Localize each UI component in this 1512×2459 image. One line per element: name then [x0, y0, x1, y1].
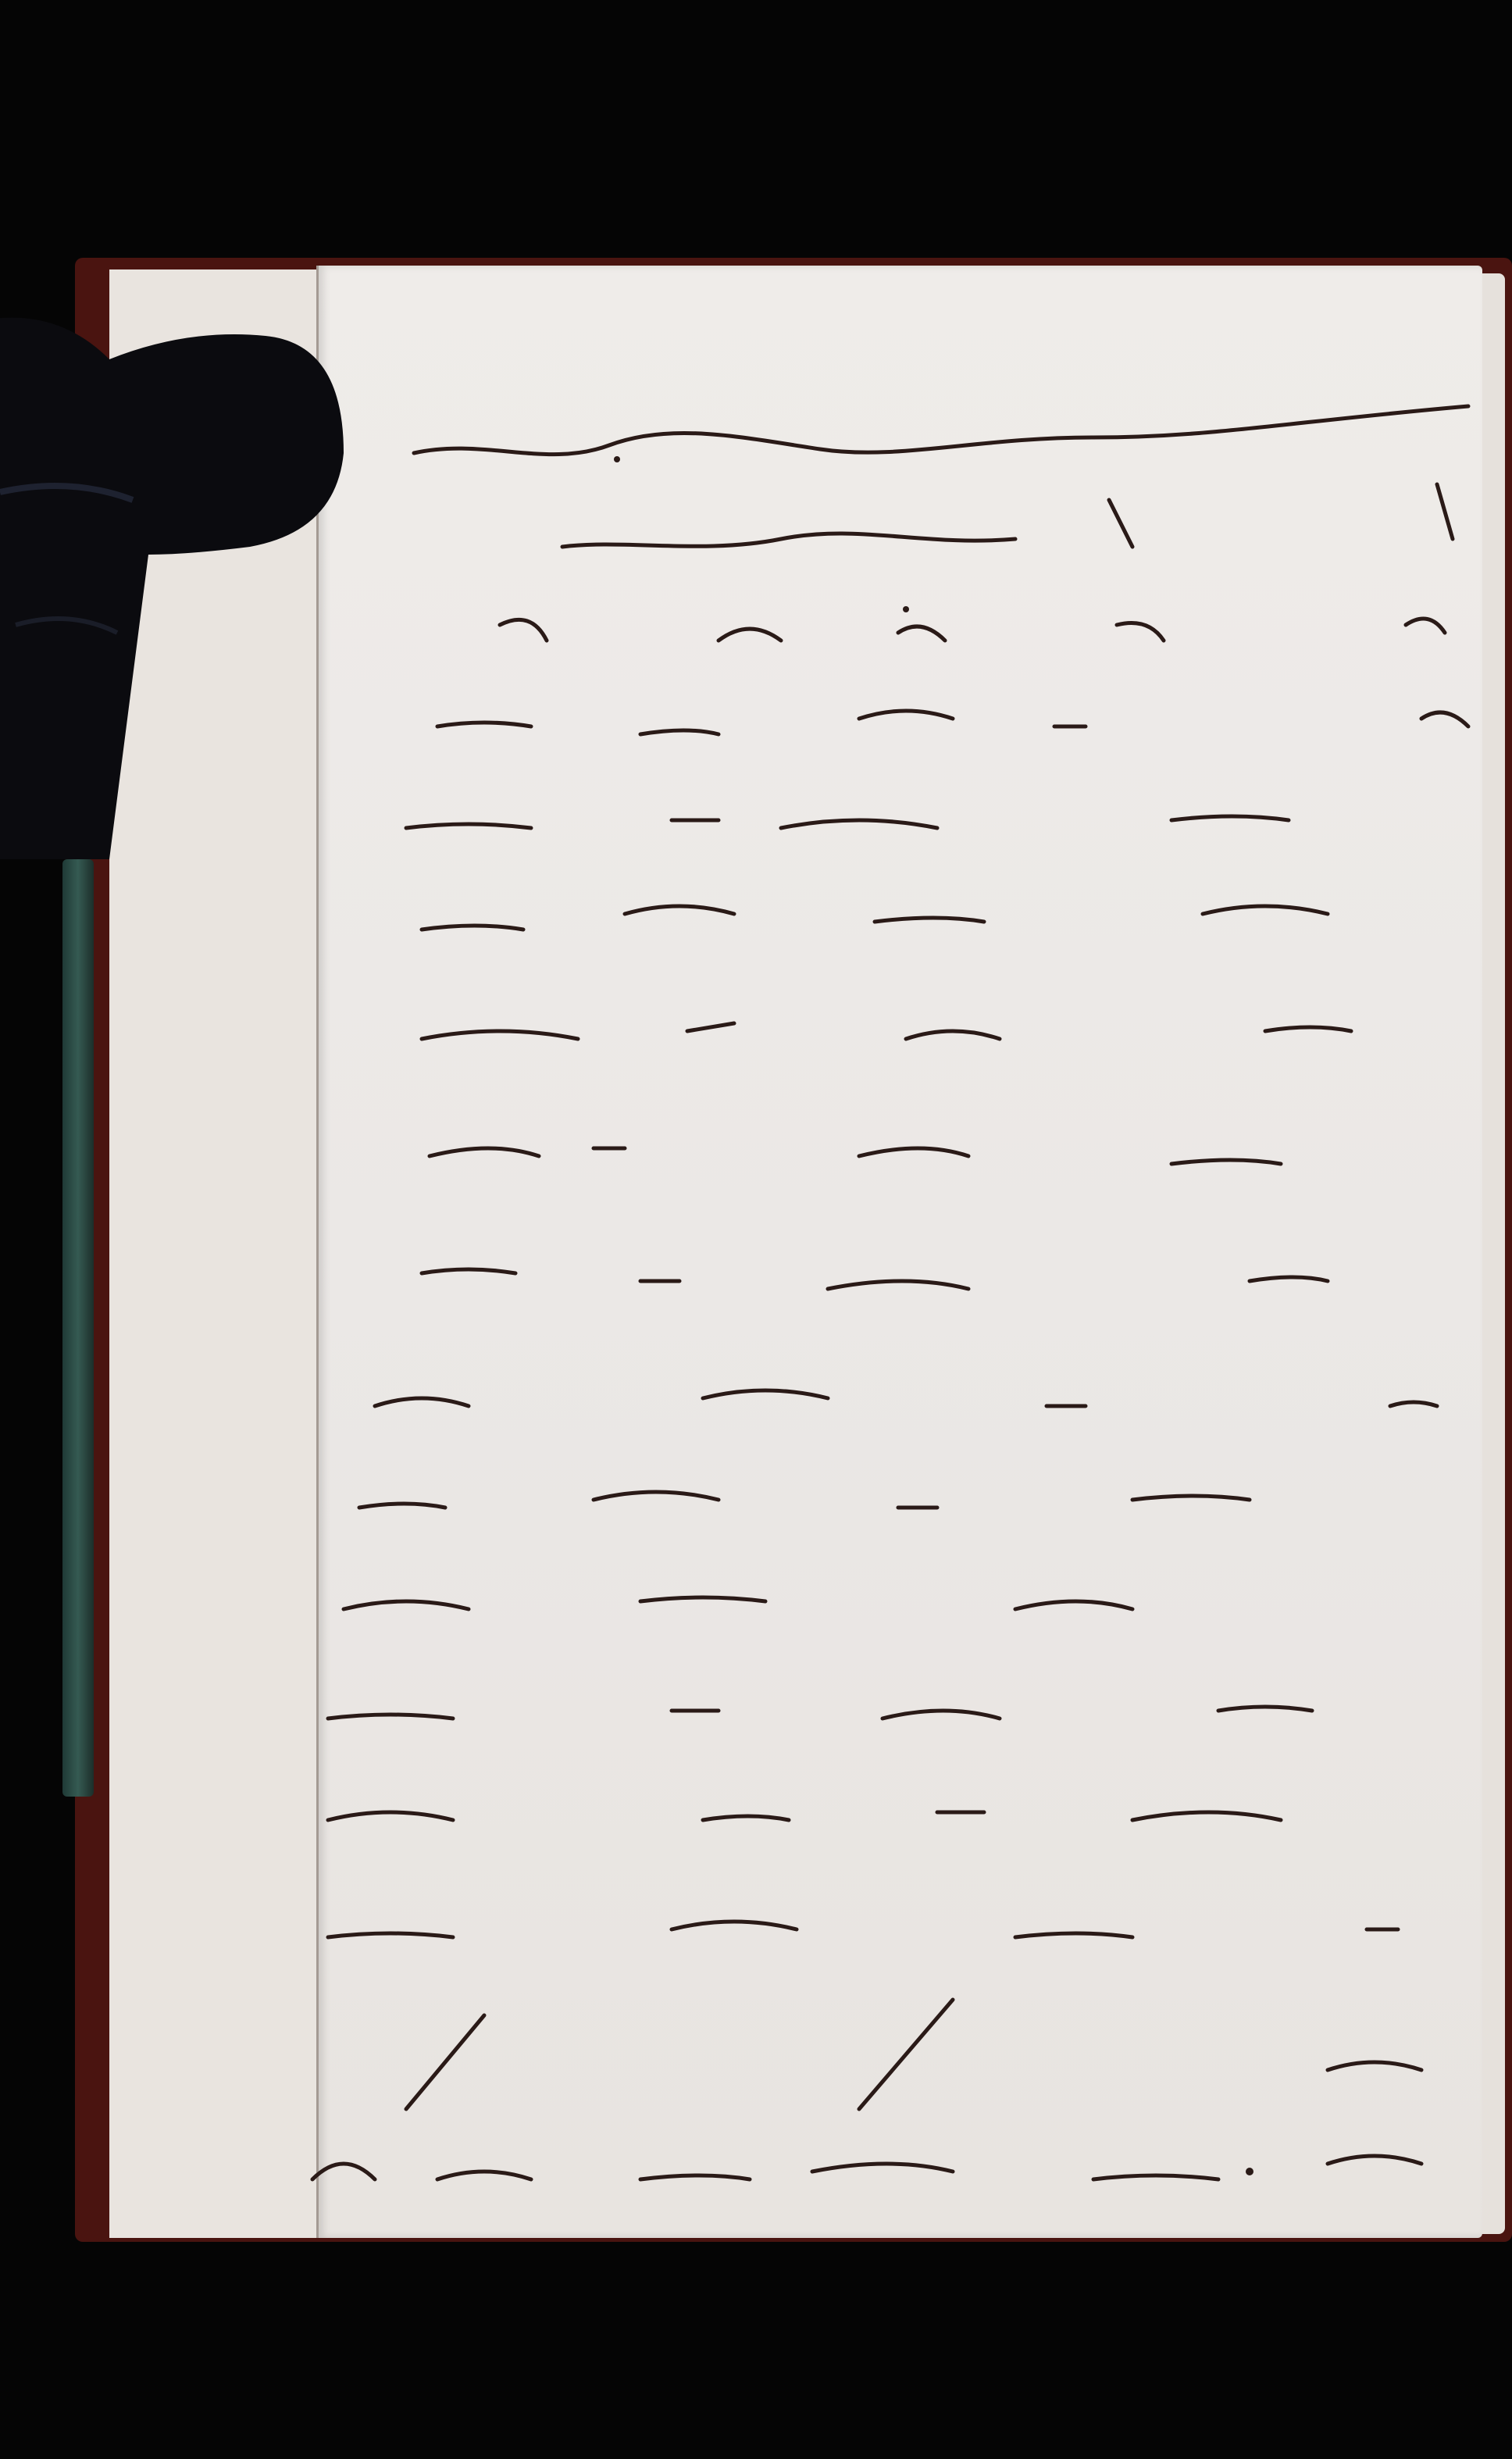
gloved-hand: [0, 297, 390, 859]
